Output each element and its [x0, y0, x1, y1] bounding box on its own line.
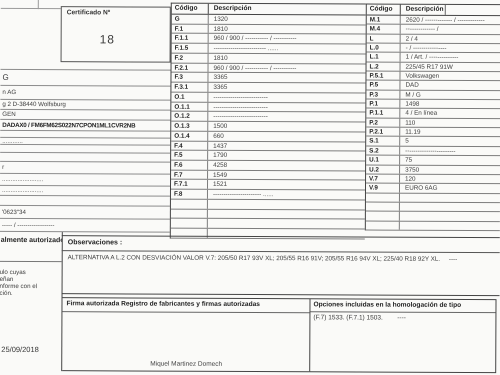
code-cell: U.1 — [366, 156, 400, 164]
table-row: P.5.1Volkswagen — [366, 72, 500, 82]
code-cell: V.9 — [366, 184, 400, 192]
certificado-number: 18 — [100, 32, 115, 46]
code-cell: F.2 — [172, 54, 209, 63]
middle-data-table: Código Descripción G1320F.11810F.1.1960 … — [170, 3, 366, 240]
right-data-table: Código Descripción M.12620 / -----------… — [365, 4, 500, 231]
codigo-header: Código — [172, 4, 209, 14]
table-row: S.15 — [366, 137, 500, 147]
code-cell: O.1.3 — [171, 122, 208, 131]
code-cell: L.2 — [367, 62, 401, 70]
desc-cell: 1521 — [208, 180, 365, 189]
desc-cell — [208, 219, 365, 228]
left-row-fragment: '0623"34 — [0, 206, 170, 220]
desc-cell: DAD — [400, 81, 500, 90]
table-row: V.7120 — [366, 174, 500, 184]
code-cell: O.1.1 — [171, 102, 208, 111]
code-cell: O.1.4 — [171, 131, 208, 140]
authorized-header-fragment: almente autorizado — [0, 232, 62, 262]
table-row: P.2110 — [366, 118, 500, 128]
authorized-body-fragments: ulo cuyaseñannforme con elción. — [0, 262, 62, 297]
code-cell: V.7 — [366, 174, 400, 182]
code-cell: G — [172, 15, 209, 24]
left-row-fragment: G — [0, 70, 170, 87]
opciones-header: Opciones incluidas en la homologación de… — [310, 299, 495, 313]
code-cell — [366, 202, 400, 210]
table-row: L.0- / ---------------- — [367, 44, 500, 54]
code-cell: P.1.1 — [366, 109, 400, 117]
desc-cell: 1549 — [208, 171, 365, 180]
code-cell: P.5.1 — [366, 72, 400, 80]
table-row: M.12620 / ------------- / ------------- — [367, 16, 500, 26]
desc-cell — [400, 193, 500, 202]
code-cell — [171, 200, 208, 209]
desc-cell: 2 / 4 — [401, 34, 500, 43]
desc-cell — [208, 200, 365, 209]
desc-cell: ------------------------- ...... — [209, 44, 366, 53]
desc-cell: 1498 — [400, 100, 500, 109]
code-cell — [171, 209, 208, 218]
desc-cell: 1500 — [208, 122, 365, 131]
desc-cell: 75 — [400, 156, 500, 165]
code-cell: F.3 — [171, 73, 208, 82]
left-row-fragment: r — [0, 162, 170, 175]
desc-cell: 3365 — [208, 83, 365, 92]
opciones-box: Opciones incluidas en la homologación de… — [309, 298, 496, 373]
code-cell: F.5 — [171, 151, 208, 160]
desc-cell: 3365 — [208, 73, 365, 82]
code-cell: O.1 — [171, 93, 208, 102]
code-cell: M.4 — [367, 25, 401, 33]
certificado-box: Certificado Nº 18 — [61, 6, 171, 62]
table-row — [366, 221, 500, 231]
certificado-label: Certificado Nº — [67, 9, 110, 16]
code-cell: O.1.2 — [171, 112, 208, 121]
desc-cell — [208, 210, 365, 219]
code-cell: P.3 — [366, 90, 400, 98]
code-cell: M.1 — [367, 16, 401, 24]
code-cell: F.2.1 — [172, 63, 209, 72]
descripcion-header: Descripción — [209, 4, 252, 14]
desc-cell: 3750 — [400, 165, 500, 174]
right-table-header: Código Descripción — [367, 5, 500, 17]
observaciones-box: Observaciones : ALTERNATIVA A L.2 CON DE… — [62, 235, 500, 296]
code-cell: F.1.5 — [172, 44, 209, 53]
opciones-content: (F.7) 1533. (F.7.1) 1503. ---- — [310, 312, 495, 322]
code-cell — [366, 193, 400, 201]
left-authorized-section: almente autorizado ulo cuyaseñannforme c… — [0, 232, 62, 295]
desc-cell: 1810 — [209, 54, 366, 63]
code-cell: F.6 — [171, 161, 208, 170]
code-cell: F.7.1 — [171, 180, 208, 189]
desc-cell: 1790 — [208, 151, 365, 160]
table-row: P.2.111.19 — [366, 128, 500, 138]
scan-content: Certificado Nº 18 Gn AGg 2 D-38440 Wolfs… — [0, 0, 500, 375]
desc-cell — [400, 221, 500, 230]
header-column-divider — [445, 5, 446, 15]
desc-cell: -------------------------- — [208, 102, 365, 111]
desc-cell: 2620 / ------------- / ------------- — [401, 16, 500, 25]
table-row: L.11 / Art. / -------------- — [367, 53, 500, 63]
desc-cell: 1810 — [209, 25, 366, 34]
code-cell: L.1 — [367, 53, 401, 61]
code-cell: P.2.1 — [366, 128, 400, 136]
desc-cell: 225/45 R17 91W — [401, 62, 500, 71]
table-row: P.11498 — [366, 100, 500, 110]
desc-cell: 1 / Art. / -------------- — [401, 53, 500, 62]
table-row: M.4-------------- / — [367, 25, 500, 35]
desc-cell — [400, 203, 500, 212]
right-table-rows: M.12620 / ------------- / -------------M… — [366, 16, 500, 231]
code-cell: F.4 — [171, 141, 208, 150]
middle-table-header: Código Descripción — [172, 4, 366, 16]
left-row-fragment: DADAX0 / FM6FM62S022N7CPON1ML1CVR2NB — [0, 120, 170, 132]
firma-header: Firma autorizada Registro de fabricantes… — [62, 298, 309, 313]
desc-cell: -------------------------- — [208, 93, 365, 102]
left-row-fragment: ----- / ------------------ — [0, 219, 170, 233]
top-left-tick — [38, 0, 39, 9]
desc-cell: 120 — [400, 174, 500, 183]
code-cell — [366, 221, 400, 229]
code-cell: S.2 — [366, 146, 400, 154]
top-left-border-fragment — [1, 0, 61, 9]
code-cell: L — [367, 34, 401, 42]
desc-cell: ------------------------ — [400, 146, 500, 155]
code-cell: U.2 — [366, 165, 400, 173]
code-cell: P.1 — [366, 100, 400, 108]
code-cell — [366, 212, 400, 220]
descripcion-header: Descripción — [401, 5, 444, 15]
desc-cell: 960 / 900 / ----------- / ----------- — [209, 34, 366, 43]
signature-name: Miquel Martinez Domech — [150, 361, 222, 368]
table-row: U.175 — [366, 156, 500, 166]
table-row: L2 / 4 — [367, 34, 500, 44]
desc-cell: 1320 — [209, 15, 366, 24]
code-cell: F.1.1 — [172, 34, 209, 43]
middle-table-rows: G1320F.11810F.1.1960 / 900 / -----------… — [171, 15, 366, 240]
code-cell — [171, 219, 208, 228]
desc-cell: EURO 6AG — [400, 184, 500, 193]
date-stamp: 25/09/2018 — [1, 345, 39, 354]
desc-cell: 4258 — [208, 161, 365, 170]
desc-cell: 4 / En línea — [400, 109, 500, 118]
table-row: S.2------------------------ — [366, 146, 500, 156]
table-row: U.23750 — [366, 165, 500, 175]
left-row-fragment: n AG — [0, 86, 170, 101]
desc-cell — [400, 212, 500, 221]
desc-cell: Volkswagen — [400, 72, 500, 81]
left-row-fragment: ........................ — [0, 174, 170, 187]
code-cell: F.8 — [171, 190, 208, 199]
code-cell: S.1 — [366, 137, 400, 145]
code-cell: F.3.1 — [171, 83, 208, 92]
table-row: V.9EURO 6AG — [366, 184, 500, 194]
text-line-fragment: ción. — [0, 290, 62, 297]
firma-box: Firma autorizada Registro de fabricantes… — [62, 297, 309, 372]
code-cell: F.1 — [172, 24, 209, 33]
desc-cell: -------------- / — [401, 25, 500, 34]
desc-cell: 110 — [400, 118, 500, 127]
desc-cell: - / ---------------- — [401, 44, 500, 53]
table-row: L.2225/45 R17 91W — [367, 62, 500, 72]
observaciones-text: ALTERNATIVA A L.2 CON DESVIACIÓN VALOR V… — [62, 251, 500, 263]
desc-cell: 960 / 900 / ----------- / ----------- — [209, 63, 366, 72]
scanned-certificate-document: Certificado Nº 18 Gn AGg 2 D-38440 Wolfs… — [0, 0, 500, 375]
codigo-header: Código — [367, 5, 401, 15]
table-row: P.3M / G — [366, 90, 500, 100]
code-cell: P.5 — [366, 81, 400, 89]
desc-cell: 5 — [400, 137, 500, 146]
desc-cell: ----------------------- ...... — [208, 190, 365, 199]
code-cell: L.0 — [367, 44, 401, 52]
code-cell: P.2 — [366, 118, 400, 126]
desc-cell: 11.19 — [400, 128, 500, 137]
desc-cell: 1437 — [208, 141, 365, 150]
code-cell: F.7 — [171, 170, 208, 179]
table-row: P.1.14 / En línea — [366, 109, 500, 119]
left-cutoff-rows: Gn AGg 2 D-38440 WolfsburgGENDADAX0 / FM… — [0, 62, 171, 233]
table-row: P.5DAD — [366, 81, 500, 91]
desc-cell: -------------------------- — [208, 112, 365, 121]
desc-cell: M / G — [400, 90, 500, 99]
desc-cell: 660 — [208, 132, 365, 141]
